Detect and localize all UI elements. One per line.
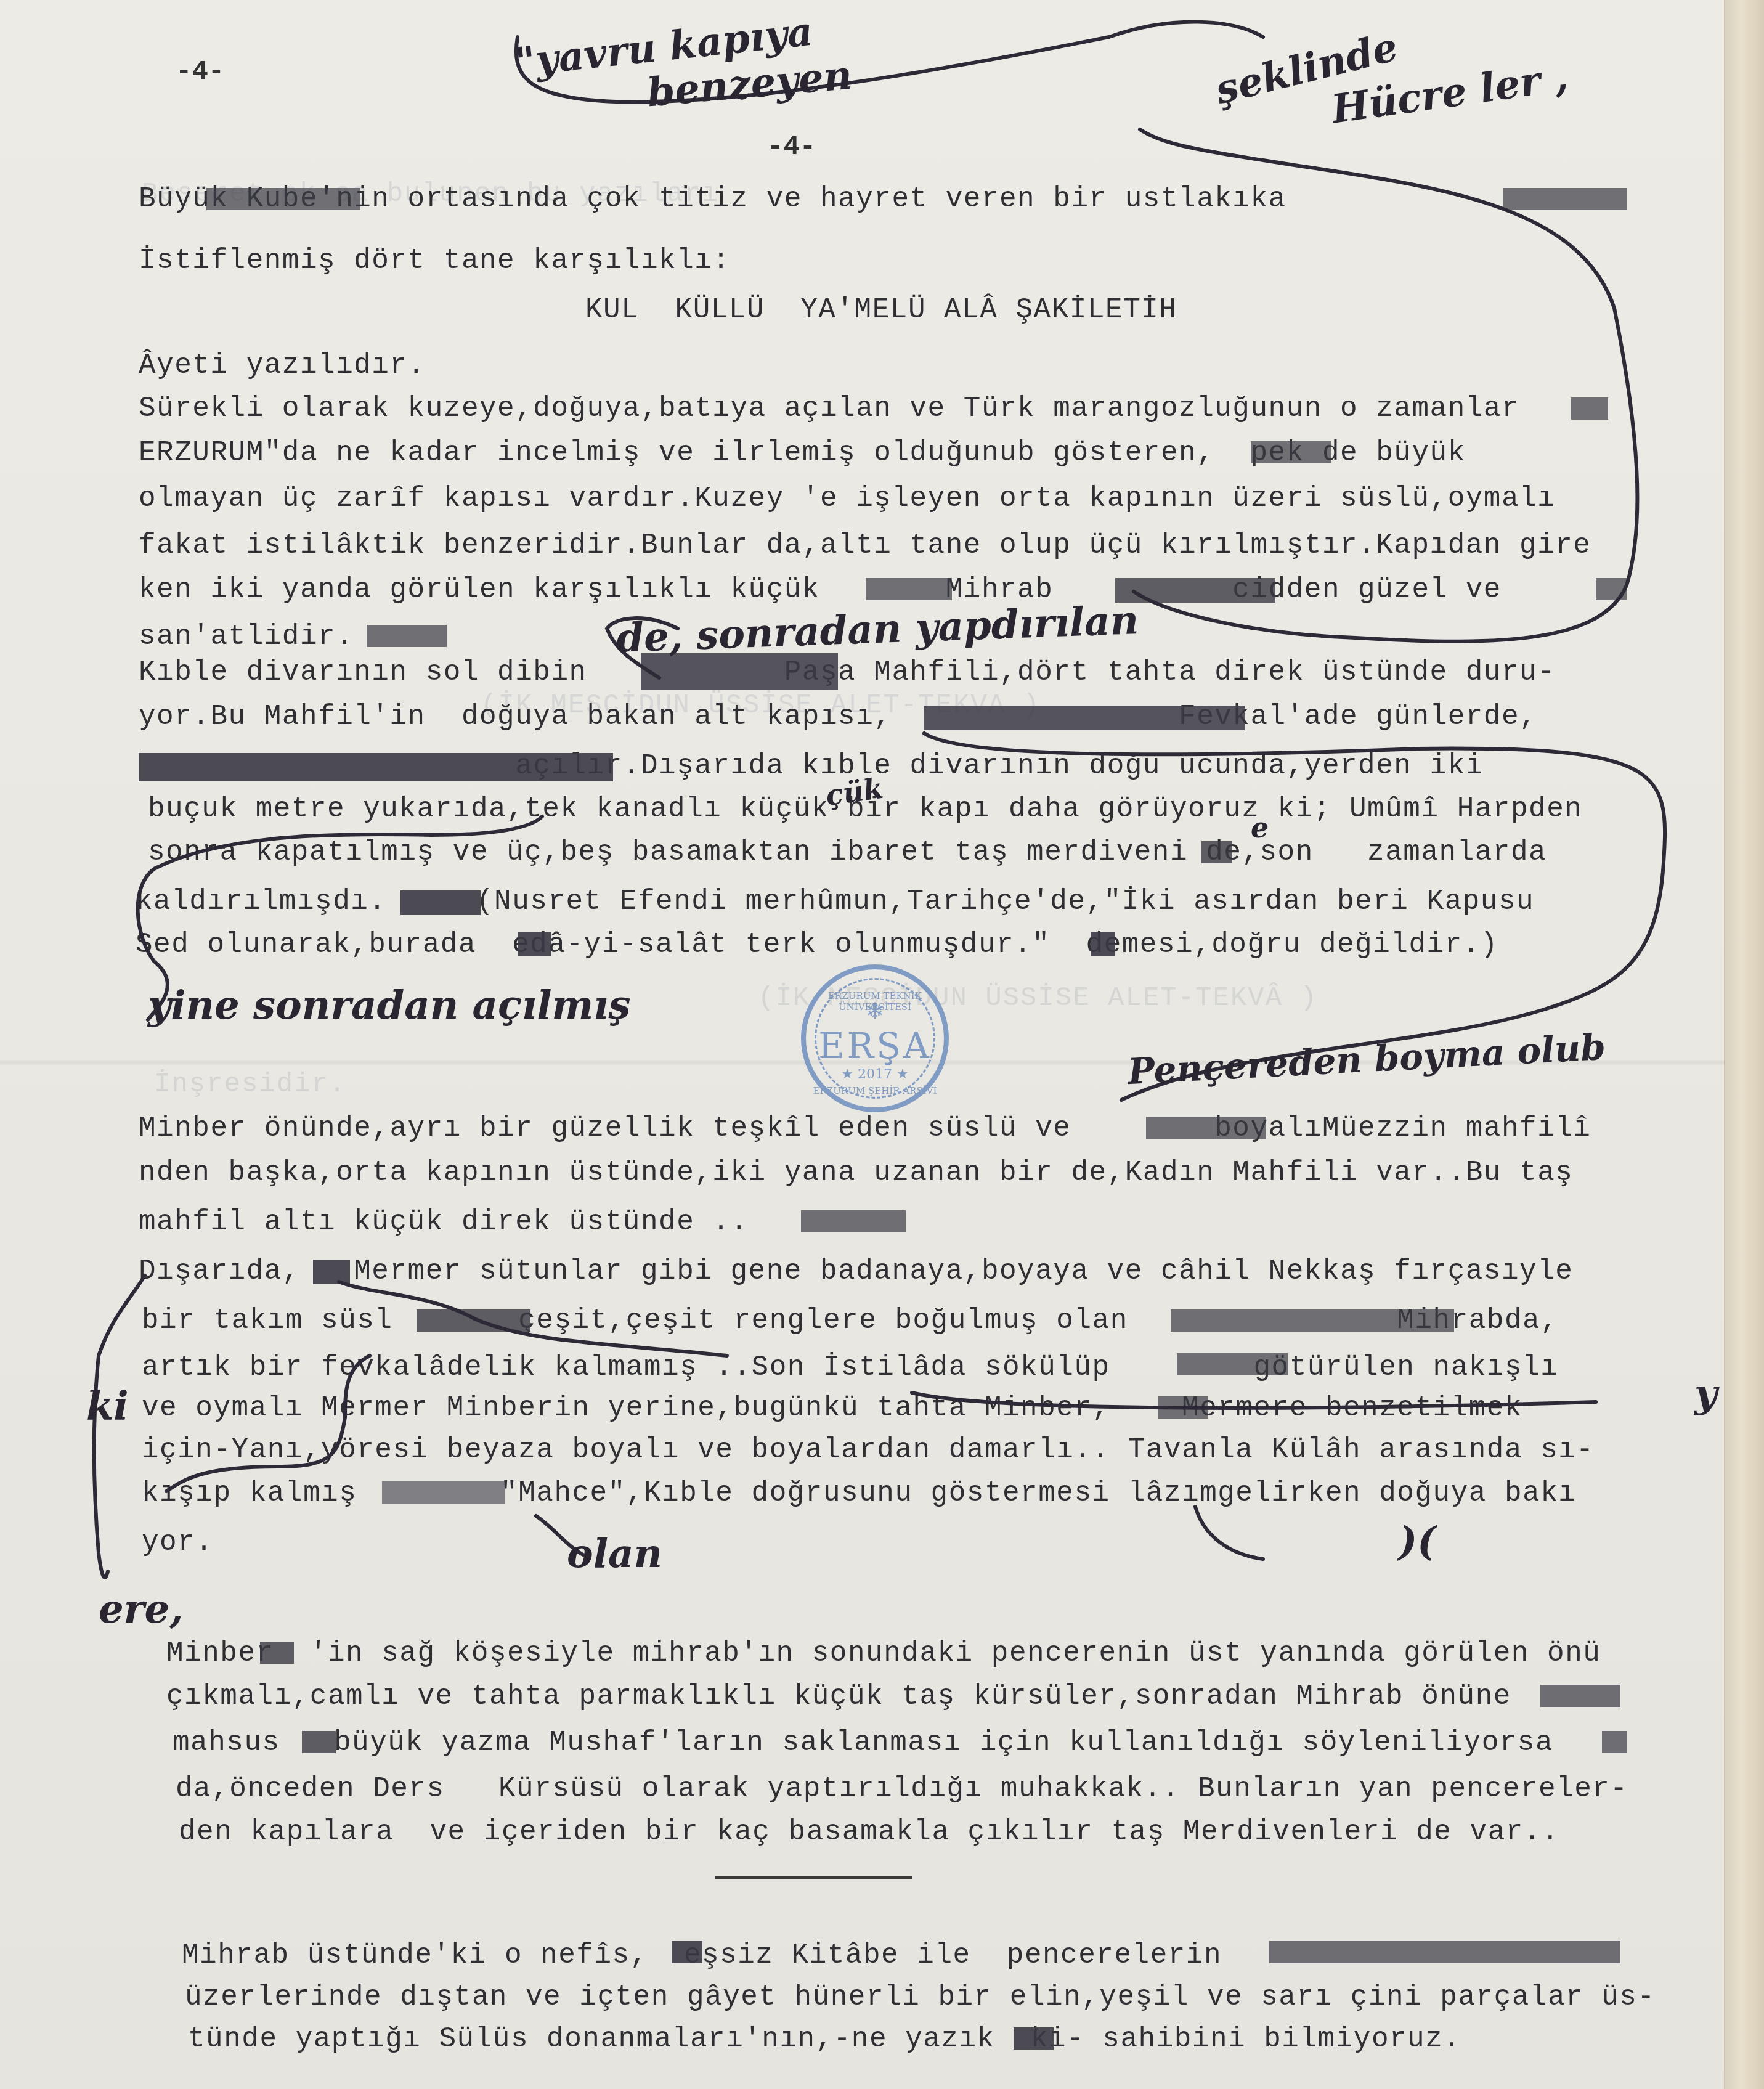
handwritten-note: olan bbox=[567, 1534, 662, 1574]
handwritten-note: ki bbox=[86, 1387, 129, 1426]
archive-stamp: ERZURUM TEKNİK ÜNİVERSİTESİ ❄ ERŞA ★ 201… bbox=[801, 964, 949, 1112]
stamp-title: ERŞA bbox=[806, 1025, 944, 1067]
handwritten-note: ere, bbox=[99, 1590, 183, 1629]
handwritten-note: yine sonradan açılmış bbox=[148, 986, 631, 1025]
snowflake-icon: ❄ bbox=[806, 999, 944, 1024]
stamp-arc-bottom: ERZURUM ŞEHİR ARŞİVİ bbox=[806, 1085, 944, 1096]
handwritten-note: e bbox=[1251, 813, 1269, 842]
handwritten-note: )( bbox=[1399, 1522, 1436, 1562]
handwritten-note: çük bbox=[824, 774, 885, 810]
handwritten-note: y bbox=[1694, 1374, 1717, 1414]
stamp-year: ★ 2017 ★ bbox=[806, 1067, 944, 1082]
